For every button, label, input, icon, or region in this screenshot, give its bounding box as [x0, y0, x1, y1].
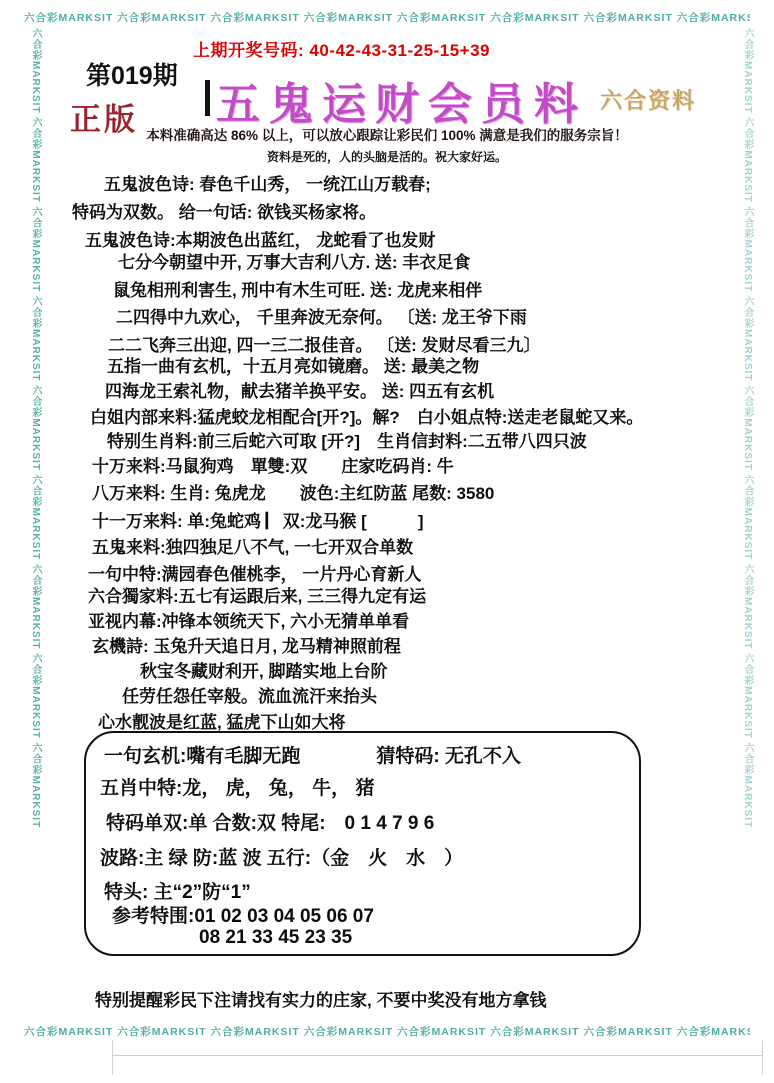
prophecy-line: 亚视内幕:冲锋本领统天下, 六小无猜单单看 — [88, 607, 409, 632]
scan-artifact-line — [762, 1040, 763, 1075]
border-pattern-bottom: 六合彩MARKSIT 六合彩MARKSIT 六合彩MARKSIT 六合彩MARK… — [24, 1024, 750, 1040]
border-pattern-right: 六合彩MARKSIT 六合彩MARKSIT 六合彩MARKSIT 六合彩MARK… — [740, 28, 755, 1022]
page-title: 五鬼运财会员料 — [216, 68, 587, 132]
prophecy-line: 任劳任怨任宰般。流血流汗来抬头 — [122, 682, 377, 707]
box-line-reference-numbers-2: 08 21 33 45 23 35 — [199, 927, 352, 949]
mystery-poem-line: 玄機詩: 玉兔升天追日月, 龙马精神照前程 — [92, 632, 401, 657]
scan-artifact-line — [112, 1055, 762, 1056]
category-label: 六合资料 — [600, 84, 696, 115]
prophecy-line: 六合獨家料:五七有运跟后来, 三三得九定有运 — [88, 582, 426, 607]
prophecy-line: 二四得中九欢心， 千里奔波无奈何。 〔送: 龙王爷下雨 — [116, 303, 527, 328]
tip-line-110k: 十一万来料: 单:兔蛇鸡 ▏双:龙马猴 [ ] — [92, 507, 423, 532]
prophecy-line: 五鬼波色诗: 春色千山秀， 一统江山万载春; — [104, 170, 431, 195]
box-line-special-head: 特头: 主“2”防“1” — [104, 877, 251, 904]
lottery-tip-sheet: 六合彩MARKSIT 六合彩MARKSIT 六合彩MARKSIT 六合彩MARK… — [0, 0, 774, 1083]
issue-number: 第019期 — [86, 56, 178, 92]
tip-line-80k: 八万来料: 生肖: 兔虎龙 波色:主红防蓝 尾数: 3580 — [92, 479, 494, 504]
box-line-wave-color: 波路:主 绿 防:蓝 波 五行:（金 火 水 ） — [100, 843, 463, 870]
accuracy-slogan: 本料准确高达 86% 以上，可以放心跟踪让彩民们 100% 满意是我们的服务宗旨… — [0, 124, 774, 144]
box-line-reference-numbers-1: 参考特围:01 02 03 04 05 06 07 — [112, 901, 374, 928]
prophecy-line: 五指一曲有玄机，十五月亮如镜磨。 送: 最美之物 — [107, 352, 479, 377]
box-line-mystery: 一句玄机:嘴有毛脚无跑 猜特码: 无孔不入 — [104, 741, 521, 768]
border-pattern-top: 六合彩MARKSIT 六合彩MARKSIT 六合彩MARKSIT 六合彩MARK… — [24, 10, 750, 26]
box-line-five-zodiac: 五肖中特:龙， 虎， 兔， 牛， 猪 — [100, 773, 374, 800]
prophecy-line: 心水靓波是红蓝, 猛虎下山如大将 — [98, 708, 345, 733]
prophecy-line: 特别生肖料:前三后蛇六可取 [开?] 生肖信封料:二五带八四只波 — [107, 427, 587, 452]
tip-line-wugui: 五鬼来料:独四独足八不气, 一七开双合单数 — [92, 533, 413, 558]
prophecy-line: 鼠兔相刑利害生, 刑中有木生可旺. 送: 龙虎来相伴 — [113, 276, 482, 301]
prophecy-line: 白姐内部来料:猛虎蛟龙相配合[开?]。解? 白小姐点特:送走老鼠蛇又来。 — [90, 403, 643, 428]
prophecy-line: 特码为双数。 给一句话: 欲钱买杨家将。 — [72, 198, 376, 223]
title-divider-bar — [205, 80, 210, 116]
tip-line-100k: 十万来料:马鼠狗鸡 單雙:双 庄家吃码肖: 牛 — [92, 452, 454, 477]
footer-warning: 特别提醒彩民下注请找有实力的庄家, 不要中奖没有地方拿钱 — [95, 986, 546, 1011]
previous-draw-numbers: 上期开奖号码: 40-42-43-31-25-15+39 — [193, 36, 490, 61]
motto-line: 资料是死的，人的头脑是活的。祝大家好运。 — [0, 148, 774, 165]
scan-artifact-line — [112, 1040, 113, 1075]
prophecy-line: 四海龙王索礼物，献去猪羊换平安。 送: 四五有玄机 — [105, 377, 494, 402]
summary-box: 一句玄机:嘴有毛脚无跑 猜特码: 无孔不入 五肖中特:龙， 虎， 兔， 牛， 猪… — [84, 731, 641, 956]
mystery-poem-line: 秋宝冬藏财利开, 脚踏实地上台阶 — [140, 657, 387, 682]
box-line-odd-even: 特码单双:单 合数:双 特尾: 0 1 4 7 9 6 — [106, 808, 434, 835]
prophecy-line: 七分今朝望中开, 万事大吉利八方. 送: 丰衣足食 — [118, 248, 470, 273]
border-pattern-left: 六合彩MARKSIT 六合彩MARKSIT 六合彩MARKSIT 六合彩MARK… — [28, 28, 43, 1022]
